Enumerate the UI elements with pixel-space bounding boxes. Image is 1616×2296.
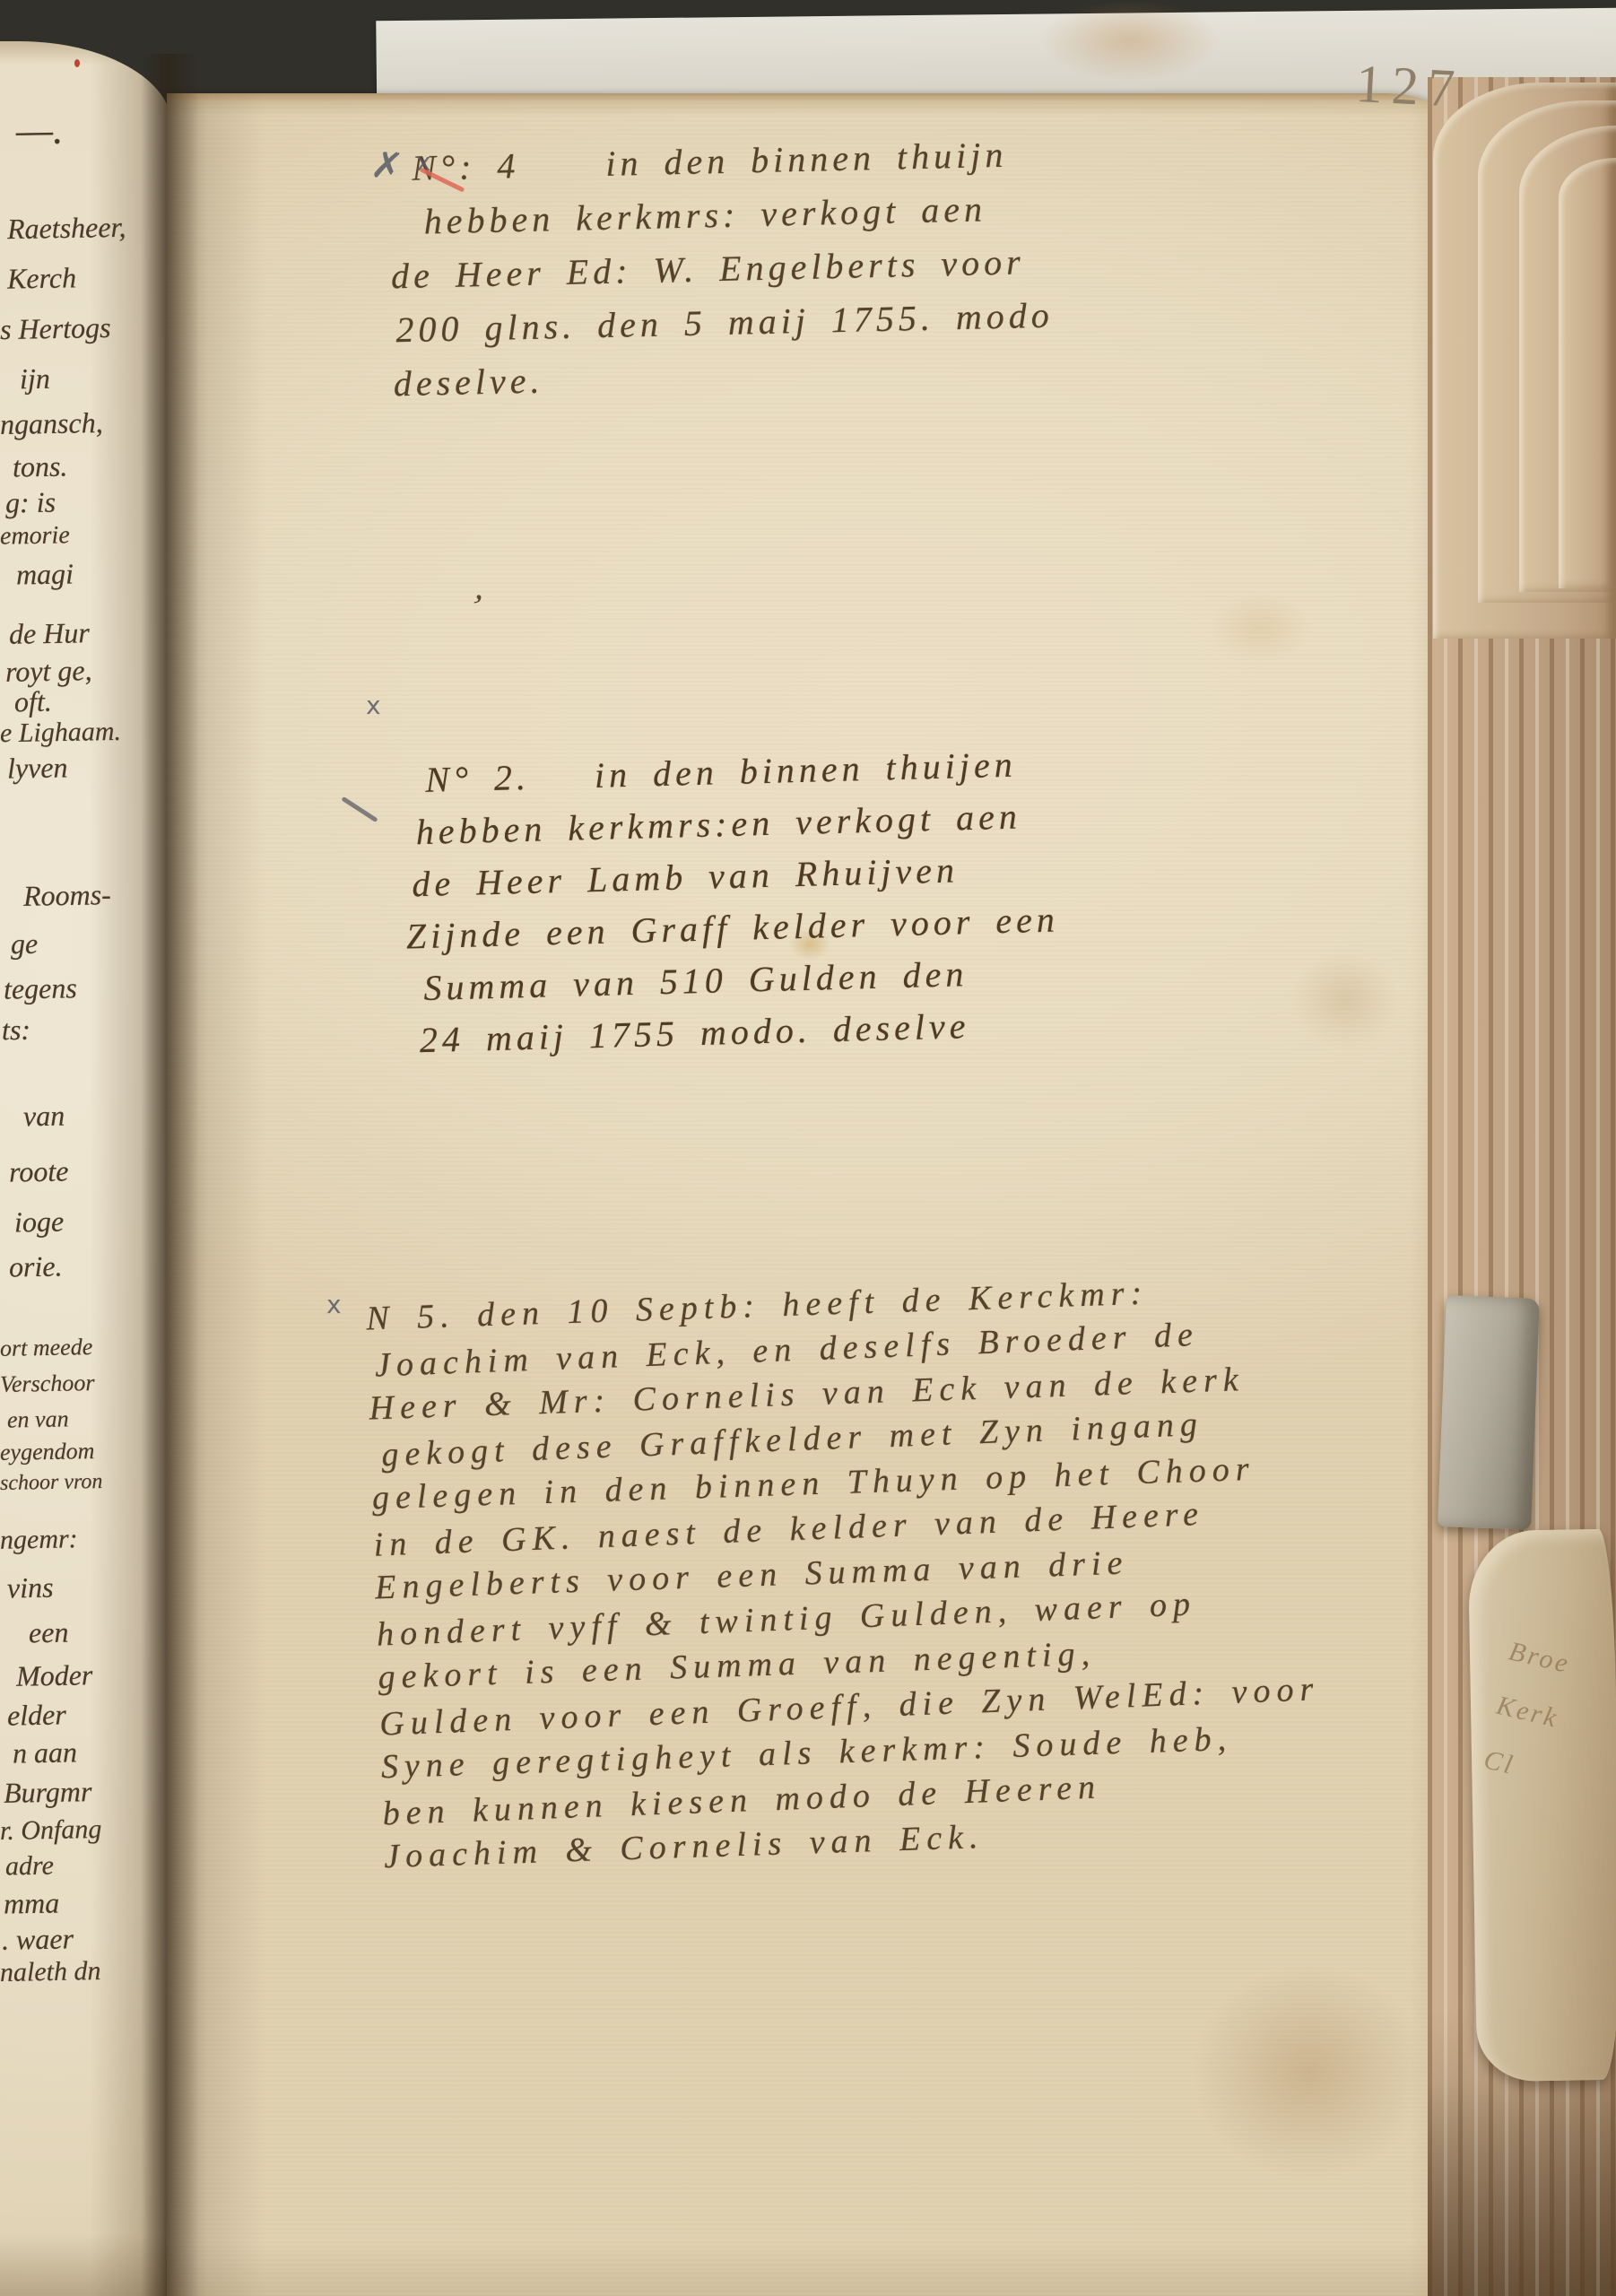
margin-text-fragment: roote	[9, 1154, 69, 1188]
margin-text-fragment: vins	[7, 1571, 54, 1605]
margin-text-fragment: royt ge,	[5, 654, 92, 689]
page-edge-ridge	[1559, 158, 1616, 588]
parchment-tab	[1438, 1295, 1540, 1530]
margin-text-fragment: g: is	[5, 486, 56, 520]
margin-text-fragment: mma	[4, 1886, 60, 1920]
margin-text-fragment: n aan	[13, 1735, 78, 1770]
margin-text-fragment: en van	[7, 1405, 69, 1433]
margin-text-fragment: Moder	[16, 1658, 93, 1692]
paper-stain	[1291, 951, 1399, 1049]
margin-text-fragment: orie.	[9, 1249, 63, 1283]
paper-stain	[1193, 1964, 1426, 2179]
margin-text-fragment: Raetsheer,	[7, 211, 126, 246]
margin-text-fragment: ort meede	[0, 1334, 93, 1362]
margin-text-fragment: ge	[11, 927, 39, 961]
margin-text-fragment: oft.	[14, 685, 52, 719]
margin-text-fragment: Rooms-	[23, 878, 111, 913]
margin-text-fragment: de Hur	[9, 616, 90, 651]
margin-text-fragment: magi	[16, 557, 74, 591]
margin-text-fragment: . waer	[2, 1922, 74, 1956]
margin-text-fragment: tegens	[4, 971, 77, 1005]
folio-number: 127	[1354, 53, 1464, 120]
register-entry-no2: N° 2. in den binnen thuijenhebben kerkmr…	[402, 738, 1063, 1067]
margin-text-fragment: adre	[5, 1851, 54, 1883]
margin-text-fragment: Verschoor	[0, 1370, 95, 1398]
margin-text-fragment: lyven	[7, 751, 68, 785]
pencil-cross-mark: x	[366, 691, 381, 720]
margin-text-fragment: r. Onfang	[0, 1814, 102, 1847]
margin-text-fragment: naleth dn	[0, 1956, 101, 1988]
pencil-cross-mark: ✗	[369, 142, 406, 189]
margin-text-fragment: ijn	[20, 362, 50, 396]
register-entry-no4: N°: 4 in den binnen thuijnhebben kerkmrs…	[388, 127, 1056, 412]
margin-text-fragment: Burgmr	[4, 1775, 92, 1810]
margin-text-fragment: Kerch	[7, 261, 77, 295]
manuscript-scan: BroeKerkCl 127 —.Raetsheer,Kerchs Hertog…	[0, 0, 1616, 2296]
paper-stain	[1211, 592, 1309, 664]
margin-text-fragment: een	[29, 1616, 69, 1650]
margin-text-fragment: ngansch,	[0, 406, 103, 441]
margin-text-fragment: e Lighaam.	[0, 717, 121, 749]
tab-faint-writing: BroeKerkCl	[1478, 1624, 1577, 1801]
manuscript-page	[167, 93, 1473, 2296]
margin-text-fragment: schoor vron	[0, 1470, 103, 1496]
margin-text-fragment: ioge	[14, 1205, 65, 1239]
margin-text-fragment: ngemr:	[0, 1524, 78, 1556]
margin-text-fragment: ts:	[2, 1013, 31, 1048]
register-entry-no5: N 5. den 10 Septb: heeft de Kerckmr:Joac…	[366, 1265, 1325, 1879]
margin-text-fragment: tons.	[13, 449, 68, 483]
margin-text-fragment: eygendom	[0, 1438, 95, 1466]
margin-text-fragment: van	[23, 1100, 65, 1134]
parchment-tab-curled: BroeKerkCl	[1468, 1529, 1616, 2083]
paper-stain	[1040, 0, 1220, 81]
binding-gutter-shadow	[142, 54, 199, 2296]
margin-text-fragment: s Hertogs	[0, 311, 111, 346]
red-speck	[74, 59, 80, 67]
margin-text-fragment: elder	[7, 1698, 66, 1732]
margin-text-fragment: —.	[16, 106, 64, 154]
margin-text-fragment: emorie	[0, 521, 70, 551]
pencil-cross-mark: x	[326, 1290, 342, 1319]
